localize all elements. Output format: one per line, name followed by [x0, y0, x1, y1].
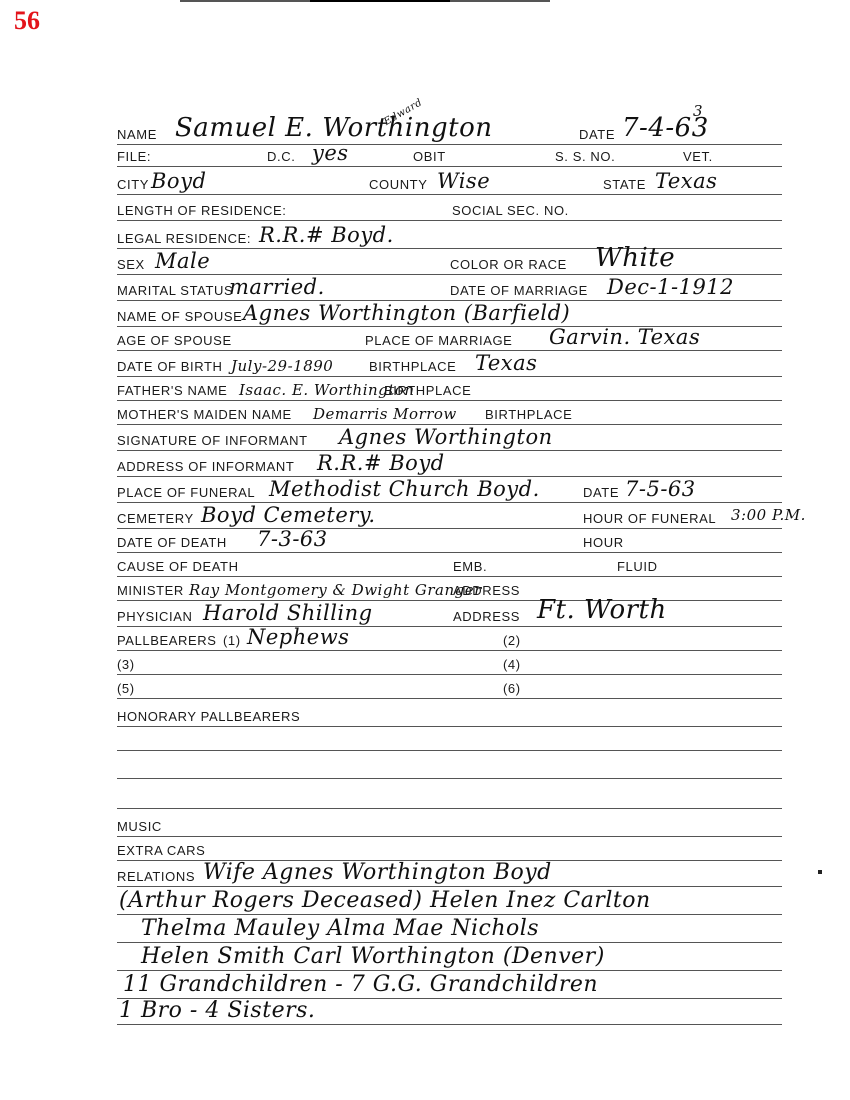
ss-no-label: S. S. NO.	[555, 149, 615, 164]
row-music: MUSIC	[117, 808, 782, 837]
legal-residence-label: LEGAL RESIDENCE:	[117, 231, 251, 246]
date-of-marriage-value[interactable]: Dec-1-1912	[607, 275, 734, 299]
date-of-birth-value[interactable]: July-29-1890	[231, 357, 333, 375]
marital-status-value[interactable]: married.	[229, 275, 325, 299]
relations-line-row-4: Helen Smith Carl Worthington (Denver)	[117, 942, 782, 971]
place-of-funeral-value[interactable]: Methodist Church Boyd.	[269, 477, 540, 501]
hour-of-funeral-label: HOUR OF FUNERAL	[583, 511, 716, 526]
relations-line-1[interactable]: Wife Agnes Worthington Boyd	[203, 860, 552, 885]
pallbearer-slot-3: (3)	[117, 657, 135, 672]
minister-value[interactable]: Ray Montgomery & Dwight Granger	[189, 581, 482, 599]
relations-line-5[interactable]: 11 Grandchildren - 7 G.G. Grandchildren	[123, 972, 598, 997]
row-birth: DATE OF BIRTH July-29-1890 BIRTHPLACE Te…	[117, 350, 782, 377]
dc-label: D.C.	[267, 149, 295, 164]
physician-address-value[interactable]: Ft. Worth	[537, 595, 667, 625]
honorary-blank-line-2	[117, 750, 782, 779]
funeral-date-label: DATE	[583, 485, 619, 500]
place-of-funeral-label: PLACE OF FUNERAL	[117, 485, 255, 500]
hour-of-funeral-value[interactable]: 3:00 P.M.	[731, 506, 806, 524]
scan-speck	[818, 870, 822, 874]
pallbearers-label: PALLBEARERS	[117, 633, 217, 648]
row-funeral: PLACE OF FUNERAL Methodist Church Boyd. …	[117, 476, 782, 503]
pallbearer-1-value[interactable]: Nephews	[247, 625, 349, 649]
row-residence-length: LENGTH OF RESIDENCE: SOCIAL SEC. NO.	[117, 194, 782, 221]
mother-birthplace-label: BIRTHPLACE	[485, 407, 572, 422]
birthplace-value[interactable]: Texas	[475, 351, 537, 375]
informant-signature-value[interactable]: Agnes Worthington	[339, 425, 553, 449]
death-hour-label: HOUR	[583, 535, 624, 550]
row-city: CITY Boyd COUNTY Wise STATE Texas	[117, 166, 782, 195]
relations-line-row-5: 11 Grandchildren - 7 G.G. Grandchildren	[117, 970, 782, 999]
father-name-label: FATHER'S NAME	[117, 383, 227, 398]
page-number: 56	[14, 6, 40, 36]
sex-label: SEX	[117, 257, 145, 272]
county-label: COUNTY	[369, 177, 428, 192]
row-physician: PHYSICIAN Harold Shilling ADDRESS Ft. Wo…	[117, 600, 782, 627]
cause-of-death-label: CAUSE OF DEATH	[117, 559, 239, 574]
top-scan-border-dark	[310, 0, 450, 2]
spouse-age-label: AGE OF SPOUSE	[117, 333, 232, 348]
row-spouse-age: AGE OF SPOUSE PLACE OF MARRIAGE Garvin. …	[117, 326, 782, 351]
relations-line-row-3: Thelma Mauley Alma Mae Nichols	[117, 914, 782, 943]
file-label: FILE:	[117, 149, 151, 164]
honorary-pallbearers-label: HONORARY PALLBEARERS	[117, 709, 300, 724]
race-value[interactable]: White	[595, 243, 675, 273]
date-of-death-value[interactable]: 7-3-63	[257, 527, 328, 551]
relations-line-4[interactable]: Helen Smith Carl Worthington (Denver)	[141, 944, 605, 969]
music-label: MUSIC	[117, 819, 162, 834]
pallbearer-slot-4: (4)	[503, 657, 521, 672]
birthplace-label: BIRTHPLACE	[369, 359, 456, 374]
row-honorary-pallbearers: HONORARY PALLBEARERS	[117, 698, 782, 727]
minister-label: MINISTER	[117, 583, 184, 598]
spouse-name-label: NAME OF SPOUSE	[117, 309, 242, 324]
relations-line-6[interactable]: 1 Bro - 4 Sisters.	[119, 998, 315, 1023]
informant-address-label: ADDRESS OF INFORMANT	[117, 459, 294, 474]
relations-line-3[interactable]: Thelma Mauley Alma Mae Nichols	[141, 916, 539, 941]
emb-label: EMB.	[453, 559, 487, 574]
cemetery-label: CEMETERY	[117, 511, 194, 526]
extra-cars-label: EXTRA CARS	[117, 843, 205, 858]
place-of-marriage-value[interactable]: Garvin. Texas	[549, 325, 700, 349]
dc-value[interactable]: yes	[312, 141, 349, 165]
informant-address-value[interactable]: R.R.# Boyd	[317, 451, 445, 475]
social-sec-label: SOCIAL SEC. NO.	[452, 203, 569, 218]
relations-line-2[interactable]: (Arthur Rogers Deceased) Helen Inez Carl…	[119, 888, 651, 913]
father-birthplace-label: BIRTHPLACE	[384, 383, 471, 398]
informant-signature-label: SIGNATURE OF INFORMANT	[117, 433, 308, 448]
pallbearer-slot-6: (6)	[503, 681, 521, 696]
relations-line-row-2: (Arthur Rogers Deceased) Helen Inez Carl…	[117, 886, 782, 915]
pallbearer-slot-2: (2)	[503, 633, 521, 648]
row-mother: MOTHER'S MAIDEN NAME Demarris Morrow BIR…	[117, 400, 782, 425]
relations-line-row-6: 1 Bro - 4 Sisters.	[117, 998, 782, 1025]
state-value[interactable]: Texas	[655, 169, 717, 193]
row-spouse-name: NAME OF SPOUSE Agnes Worthington (Barfie…	[117, 300, 782, 327]
row-minister: MINISTER Ray Montgomery & Dwight Granger…	[117, 576, 782, 601]
marital-status-label: MARITAL STATUS	[117, 283, 233, 298]
pallbearer-slot-5: (5)	[117, 681, 135, 696]
honorary-blank-line-1	[117, 726, 782, 751]
county-value[interactable]: Wise	[437, 169, 490, 193]
row-cemetery: CEMETERY Boyd Cemetery. HOUR OF FUNERAL …	[117, 502, 782, 529]
vet-label: VET.	[683, 149, 713, 164]
row-informant-address: ADDRESS OF INFORMANT R.R.# Boyd	[117, 450, 782, 477]
row-sex: SEX Male COLOR OR RACE White	[117, 248, 782, 275]
honorary-blank-line-3	[117, 778, 782, 809]
length-of-residence-label: LENGTH OF RESIDENCE:	[117, 203, 286, 218]
legal-residence-value[interactable]: R.R.# Boyd.	[259, 223, 394, 247]
fluid-label: FLUID	[617, 559, 658, 574]
row-death: DATE OF DEATH 7-3-63 HOUR	[117, 528, 782, 553]
row-name: NAME Samuel E. Worthington Edward DATE 7…	[117, 118, 782, 145]
row-file: FILE: D.C. yes OBIT S. S. NO. VET.	[117, 144, 782, 167]
row-pallbearers-3: (5) (6)	[117, 674, 782, 699]
row-marital-status: MARITAL STATUS married. DATE OF MARRIAGE…	[117, 274, 782, 301]
spouse-name-value[interactable]: Agnes Worthington (Barfield)	[243, 301, 570, 325]
row-legal-residence: LEGAL RESIDENCE: R.R.# Boyd.	[117, 220, 782, 249]
physician-label: PHYSICIAN	[117, 609, 192, 624]
date-of-death-label: DATE OF DEATH	[117, 535, 227, 550]
row-extra-cars: EXTRA CARS	[117, 836, 782, 861]
mother-maiden-name-label: MOTHER'S MAIDEN NAME	[117, 407, 292, 422]
date-of-birth-label: DATE OF BIRTH	[117, 359, 223, 374]
pallbearer-slot-1: (1)	[223, 633, 241, 648]
physician-address-label: ADDRESS	[453, 609, 520, 624]
row-pallbearers-1: PALLBEARERS (1) Nephews (2)	[117, 626, 782, 651]
cemetery-value[interactable]: Boyd Cemetery.	[201, 503, 376, 527]
row-pallbearers-2: (3) (4)	[117, 650, 782, 675]
mother-maiden-name-value[interactable]: Demarris Morrow	[313, 405, 457, 423]
city-label: CITY	[117, 177, 149, 192]
date-of-marriage-label: DATE OF MARRIAGE	[450, 283, 588, 298]
row-father: FATHER'S NAME Isaac. E. Worthington BIRT…	[117, 376, 782, 401]
relations-label: RELATIONS	[117, 869, 195, 884]
race-label: COLOR OR RACE	[450, 257, 567, 272]
row-informant: SIGNATURE OF INFORMANT Agnes Worthington	[117, 424, 782, 451]
sex-value[interactable]: Male	[155, 249, 210, 273]
obit-label: OBIT	[413, 149, 446, 164]
date-correction: 3	[693, 102, 703, 120]
row-cause: CAUSE OF DEATH EMB. FLUID	[117, 552, 782, 577]
state-label: STATE	[603, 177, 646, 192]
date-label: DATE	[579, 127, 615, 142]
place-of-marriage-label: PLACE OF MARRIAGE	[365, 333, 512, 348]
funeral-date-value[interactable]: 7-5-63	[625, 477, 696, 501]
physician-value[interactable]: Harold Shilling	[203, 601, 373, 625]
row-relations: RELATIONS Wife Agnes Worthington Boyd	[117, 860, 782, 887]
name-label: NAME	[117, 127, 157, 142]
minister-address-label: ADDRESS	[453, 583, 520, 598]
name-value[interactable]: Samuel E. Worthington	[175, 113, 492, 143]
city-value[interactable]: Boyd	[151, 169, 206, 193]
